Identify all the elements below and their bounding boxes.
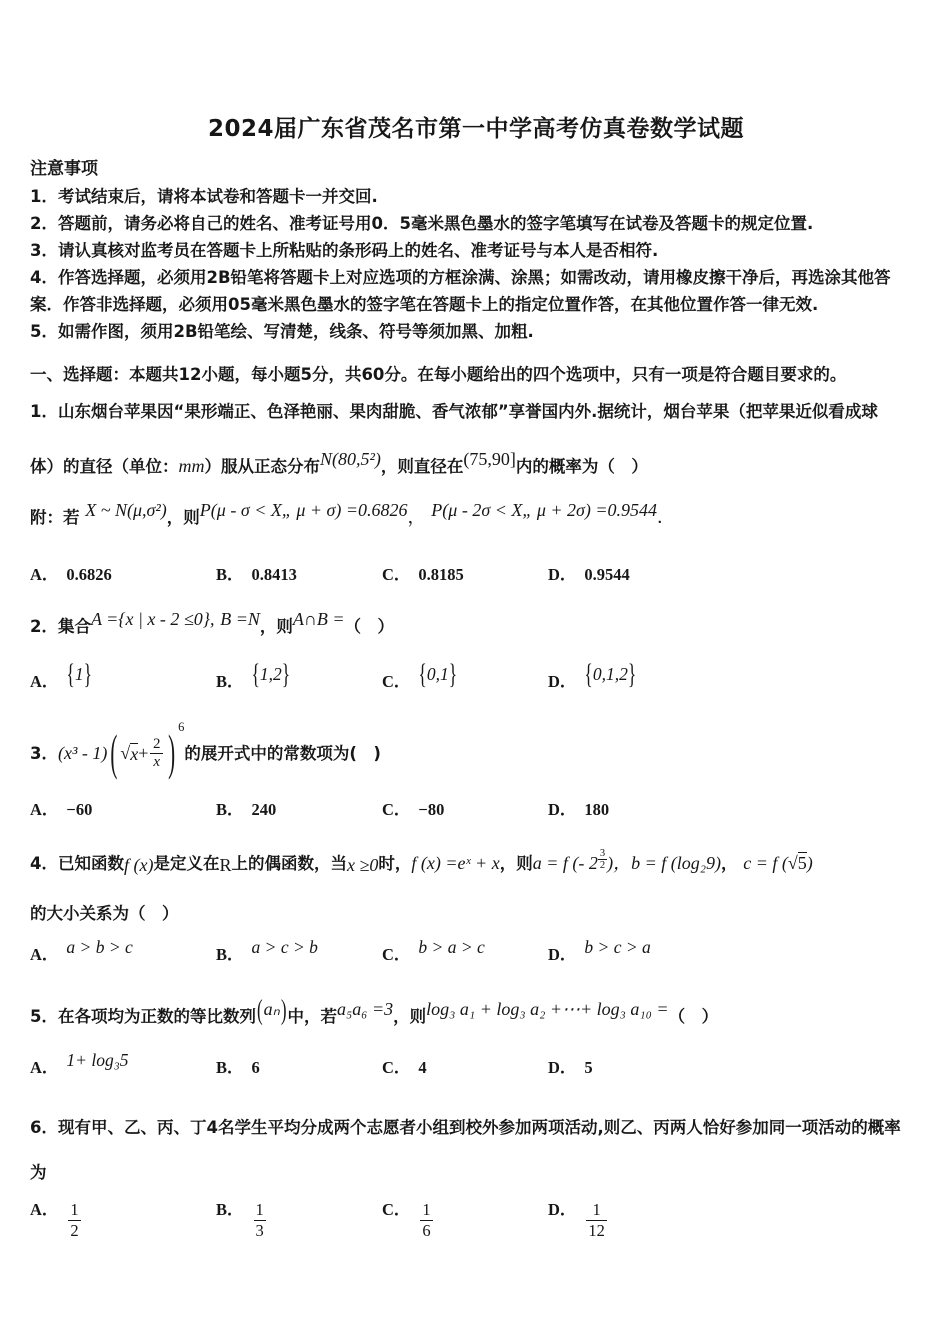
exponent: 6 bbox=[178, 714, 184, 741]
stem-text: 2．集合 bbox=[30, 617, 91, 636]
question-4-stem-line2: 的大小关系为（ ） bbox=[30, 900, 922, 927]
paren: ( bbox=[257, 987, 263, 1033]
stem-text: ，则 bbox=[167, 508, 200, 527]
option-label: C． bbox=[382, 945, 410, 964]
c-value-formula: ) bbox=[807, 853, 813, 873]
math-formula: X ~ N(μ,σ²) bbox=[85, 500, 167, 520]
option-value: 5 bbox=[584, 1058, 592, 1077]
question-4-option-d: D．b > c > a bbox=[548, 941, 714, 965]
reals-symbol: R bbox=[219, 855, 231, 875]
stem-text: ． bbox=[657, 507, 675, 527]
question-3-option-c: C．−80 bbox=[382, 796, 548, 820]
question-2-option-b: B．{1,2} bbox=[216, 668, 382, 692]
fraction-denominator: 2 bbox=[68, 1220, 80, 1241]
option-value: {0,1,2} bbox=[584, 664, 636, 684]
fraction-denominator: x bbox=[150, 753, 163, 771]
option-label: B． bbox=[216, 1200, 244, 1219]
exponent-numerator: 3 bbox=[600, 848, 605, 859]
intersection-formula: A∩B = bbox=[293, 609, 345, 629]
fraction-denominator: 12 bbox=[586, 1220, 607, 1241]
question-6-option-c: C．16 bbox=[382, 1196, 548, 1241]
stem-text: 4．已知函数 bbox=[30, 854, 124, 873]
option-value: 0.8413 bbox=[252, 565, 297, 584]
option-fraction: 16 bbox=[420, 1200, 432, 1241]
question-4-option-a: A．a > b > c bbox=[30, 941, 216, 965]
question-4-options: A．a > b > c B．a > c > b C．b > a > c D．b … bbox=[30, 941, 922, 965]
normal-distribution-formula: N(80,5²) bbox=[320, 449, 381, 469]
brace: { bbox=[584, 657, 592, 692]
stem-text: 内的概率为（ ） bbox=[516, 457, 648, 476]
option-label: C． bbox=[382, 565, 410, 584]
question-3-stem: 3．(x³ - 1)(√x+2x)6的展开式中的常数项为( ) bbox=[30, 716, 922, 790]
brace: } bbox=[84, 657, 92, 692]
option-label: B． bbox=[216, 1058, 244, 1077]
option-label: D． bbox=[548, 1200, 576, 1219]
b-value-formula: b = f (log₂9) bbox=[631, 853, 721, 873]
question-2-option-d: D．{0,1,2} bbox=[548, 668, 714, 692]
option-label: B． bbox=[216, 672, 244, 691]
stem-text: ，则 bbox=[500, 854, 533, 873]
stem-text: 上的偶函数，当 bbox=[231, 854, 347, 873]
fraction-numerator: 1 bbox=[256, 1200, 264, 1220]
set-items: 1,2 bbox=[260, 664, 282, 684]
stem-text: （ ） bbox=[345, 617, 395, 636]
question-1-stem-line2: 体）的直径（单位：mm）服从正态分布N(80,5²)，则直径在(75,90]内的… bbox=[30, 453, 922, 480]
option-label: D． bbox=[548, 1058, 576, 1077]
set-items: 1 bbox=[75, 664, 84, 684]
exponent-denominator: 2 bbox=[598, 859, 607, 871]
option-value: 0.6826 bbox=[66, 565, 111, 584]
question-5-options: A．1+ log₃5 B．6 C．4 D．5 bbox=[30, 1054, 922, 1078]
set-formula: B =N bbox=[220, 609, 260, 629]
question-5-option-b: B．6 bbox=[216, 1054, 382, 1078]
exam-page: 2024届广东省茂名市第一中学高考仿真卷数学试题 注意事项 1．考试结束后，请将… bbox=[0, 0, 950, 1344]
question-2-option-a: A．{1} bbox=[30, 668, 216, 692]
option-label: D． bbox=[548, 945, 576, 964]
question-2-option-c: C．{0,1} bbox=[382, 668, 548, 692]
question-6-option-d: D．112 bbox=[548, 1196, 714, 1241]
option-value: b > a > c bbox=[418, 937, 484, 957]
option-label: D． bbox=[548, 565, 576, 584]
option-value: 240 bbox=[252, 800, 277, 819]
paren: ) bbox=[281, 987, 287, 1033]
option-label: A． bbox=[30, 672, 58, 691]
stem-text: ，则直径在 bbox=[381, 457, 464, 476]
option-value: 1+ log₃5 bbox=[66, 1050, 128, 1070]
fraction-numerator: 1 bbox=[593, 1200, 601, 1220]
notice-item: 3．请认真核对监考员在答题卡上所粘贴的条形码上的姓名、准考证号与本人是否相符. bbox=[30, 237, 922, 264]
question-number: 3． bbox=[30, 740, 58, 767]
separator: ， bbox=[721, 854, 738, 873]
stem-text: 附：若 bbox=[30, 508, 80, 527]
option-label: B． bbox=[216, 945, 244, 964]
stem-text: 是定义在 bbox=[153, 854, 219, 873]
option-label: C． bbox=[382, 800, 410, 819]
plus-sign: + bbox=[138, 740, 148, 767]
option-label: B． bbox=[216, 800, 244, 819]
option-label: A． bbox=[30, 1058, 58, 1077]
exponent-fraction: 32 bbox=[598, 848, 607, 871]
fraction-numerator: 1 bbox=[70, 1200, 78, 1220]
notice-item: 1．考试结束后，请将本试卷和答题卡一并交回. bbox=[30, 183, 922, 210]
option-label: D． bbox=[548, 672, 576, 691]
option-label: D． bbox=[548, 800, 576, 819]
stem-text: 中，若 bbox=[288, 1007, 338, 1026]
sequence-term: aₙ bbox=[264, 999, 280, 1019]
option-fraction: 13 bbox=[254, 1200, 266, 1241]
option-value: −60 bbox=[66, 800, 92, 819]
question-5-option-a: A．1+ log₃5 bbox=[30, 1054, 216, 1078]
option-value: b > c > a bbox=[584, 937, 650, 957]
option-value: a > b > c bbox=[66, 937, 132, 957]
option-value: {0,1} bbox=[418, 664, 457, 684]
brace: { bbox=[66, 657, 74, 692]
option-value: 0.9544 bbox=[584, 565, 629, 584]
question-1-option-c: C．0.8185 bbox=[382, 561, 548, 585]
question-2-options: A．{1} B．{1,2} C．{0,1} D．{0,1,2} bbox=[30, 668, 922, 692]
question-3-option-b: B．240 bbox=[216, 796, 382, 820]
question-1-stem-line1: 1．山东烟台苹果因“果形端正、色泽艳丽、果肉甜脆、香气浓郁”享誉国内外.据统计，… bbox=[30, 398, 922, 425]
option-fraction: 112 bbox=[586, 1200, 607, 1241]
option-label: C． bbox=[382, 672, 410, 691]
stem-text: ）服从正态分布 bbox=[205, 457, 321, 476]
condition-formula: x ≥0 bbox=[347, 855, 378, 875]
option-value: 6 bbox=[252, 1058, 260, 1077]
question-6-stem-line1: 6．现有甲、乙、丙、丁4名学生平均分成两个志愿者小组到校外参加两项活动,则乙、丙… bbox=[30, 1114, 922, 1141]
big-paren: ) bbox=[168, 721, 175, 784]
fraction-denominator: 6 bbox=[420, 1220, 432, 1241]
question-3-option-d: D．180 bbox=[548, 796, 714, 820]
stem-text: ，则 bbox=[393, 1007, 426, 1026]
question-5-option-c: C．4 bbox=[382, 1054, 548, 1078]
question-3-option-a: A．−60 bbox=[30, 796, 216, 820]
option-value: {1} bbox=[66, 664, 92, 684]
stem-text: 的展开式中的常数项为( ) bbox=[184, 740, 381, 767]
binomial-factor-formula: (x³ - 1) bbox=[58, 740, 107, 767]
question-4-stem-line1: 4．已知函数f (x)是定义在R上的偶函数，当x ≥0时，f (x) =eˣ +… bbox=[30, 850, 922, 884]
set-items: 0,1,2 bbox=[593, 664, 628, 684]
sqrt-argument: 5 bbox=[798, 852, 807, 873]
option-value: 4 bbox=[418, 1058, 426, 1077]
page-title: 2024届广东省茂名市第一中学高考仿真卷数学试题 bbox=[30, 0, 922, 143]
fraction-numerator: 2 bbox=[153, 736, 161, 753]
brace: { bbox=[252, 657, 260, 692]
option-value: {1,2} bbox=[252, 664, 291, 684]
fraction: 2x bbox=[150, 736, 163, 771]
brace: { bbox=[418, 657, 426, 692]
question-6-stem-line2: 为 bbox=[30, 1159, 922, 1186]
brace: } bbox=[449, 657, 457, 692]
question-2-stem: 2．集合A ={x | x - 2 ≤0}, B =N，则A∩B =（ ） bbox=[30, 613, 922, 640]
option-value: 180 bbox=[584, 800, 609, 819]
option-label: A． bbox=[30, 1200, 58, 1219]
question-1-option-b: B．0.8413 bbox=[216, 561, 382, 585]
option-label: B． bbox=[216, 565, 244, 584]
fraction-numerator: 1 bbox=[422, 1200, 430, 1220]
log-sum-formula: log₃ a₁ + log₃ a₂ +⋯+ log₃ a₁₀ = bbox=[426, 999, 668, 1019]
separator: ， bbox=[408, 507, 426, 527]
question-4-option-b: B．a > c > b bbox=[216, 941, 382, 965]
set-formula: A ={x | x - 2 ≤0}, bbox=[91, 609, 215, 629]
stem-text: 体）的直径（单位： bbox=[30, 457, 179, 476]
radical-sign: √ bbox=[120, 740, 130, 767]
question-5-option-d: D．5 bbox=[548, 1054, 714, 1078]
option-value: 0.8185 bbox=[418, 565, 463, 584]
c-value-formula: c = f (√ bbox=[743, 853, 798, 873]
option-label: A． bbox=[30, 945, 58, 964]
fraction-denominator: 3 bbox=[254, 1220, 266, 1241]
notice-item: 2．答题前，请务必将自己的姓名、准考证号用0．5毫米黑色墨水的签字笔填写在试卷及… bbox=[30, 210, 922, 237]
option-label: C． bbox=[382, 1200, 410, 1219]
option-value: −80 bbox=[418, 800, 444, 819]
brace: } bbox=[282, 657, 290, 692]
question-4-option-c: C．b > a > c bbox=[382, 941, 548, 965]
question-5-stem: 5．在各项均为正数的等比数列(aₙ)中，若a₅a₆ =3，则log₃ a₁ + … bbox=[30, 1003, 922, 1030]
option-value: a > c > b bbox=[252, 937, 318, 957]
question-6-option-a: A．12 bbox=[30, 1196, 216, 1241]
set-items: 0,1 bbox=[427, 664, 449, 684]
question-1-option-d: D．0.9544 bbox=[548, 561, 714, 585]
math-formula: P(μ - 2σ < X„ μ + 2σ) =0.9544 bbox=[431, 500, 657, 520]
section-heading: 一、选择题：本题共12小题，每小题5分，共60分。在每小题给出的四个选项中，只有… bbox=[30, 361, 922, 388]
option-label: A． bbox=[30, 565, 58, 584]
question-1-appendix: 附：若 X ~ N(μ,σ²)，则P(μ - σ < X„ μ + σ) =0.… bbox=[30, 504, 922, 531]
sequence-formula: (aₙ) bbox=[256, 999, 288, 1019]
big-paren: ( bbox=[110, 721, 117, 784]
question-6-options: A．12 B．13 C．16 D．112 bbox=[30, 1196, 922, 1241]
unit-formula: mm bbox=[179, 456, 205, 476]
option-label: A． bbox=[30, 800, 58, 819]
brace: } bbox=[628, 657, 636, 692]
stem-text: （ ） bbox=[669, 1007, 719, 1026]
notice-item: 5．如需作图，须用2B铅笔绘、写清楚，线条、符号等须加黑、加粗. bbox=[30, 318, 922, 345]
stem-text: 5．在各项均为正数的等比数列 bbox=[30, 1007, 256, 1026]
notice-item: 4．作答选择题，必须用2B铅笔将答题卡上对应选项的方框涂满、涂黑；如需改动，请用… bbox=[30, 264, 922, 318]
question-1-options: A．0.6826 B．0.8413 C．0.8185 D．0.9544 bbox=[30, 561, 922, 585]
option-label: C． bbox=[382, 1058, 410, 1077]
question-3-options: A．−60 B．240 C．−80 D．180 bbox=[30, 796, 922, 820]
function-def-formula: f (x) =eˣ + x bbox=[411, 853, 499, 873]
stem-text: ，则 bbox=[260, 617, 293, 636]
function-formula: f (x) bbox=[124, 855, 153, 875]
option-fraction: 12 bbox=[68, 1200, 80, 1241]
notice-heading: 注意事项 bbox=[30, 156, 922, 183]
a-value-formula: )， bbox=[607, 853, 631, 873]
sqrt-argument: x bbox=[130, 743, 138, 764]
a-value-formula: a = f (- 2 bbox=[533, 853, 598, 873]
product-formula: a₅a₆ =3 bbox=[337, 999, 393, 1019]
question-1-option-a: A．0.6826 bbox=[30, 561, 216, 585]
stem-text: 时， bbox=[378, 854, 411, 873]
math-formula: P(μ - σ < X„ μ + σ) =0.6826 bbox=[200, 500, 408, 520]
interval-formula: (75,90] bbox=[463, 449, 516, 469]
question-6-option-b: B．13 bbox=[216, 1196, 382, 1241]
